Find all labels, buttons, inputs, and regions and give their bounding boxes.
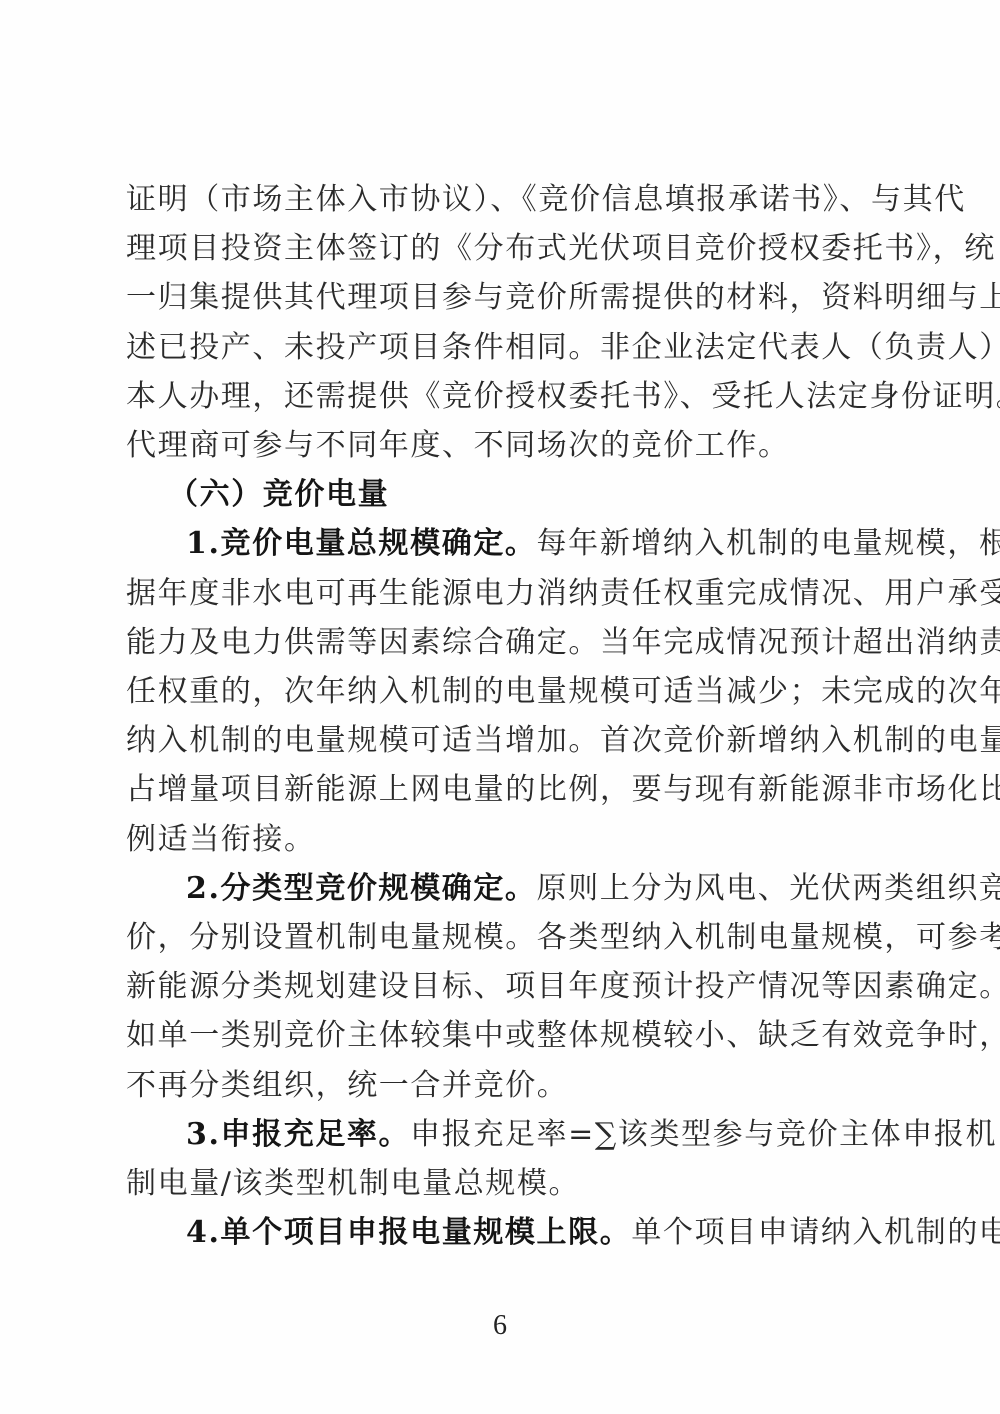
item-lead: 3.申报充足率。 <box>186 1117 410 1152</box>
document-page: 证明（市场主体入市协议）、《竞价信息填报承诺书》、与其代 理项目投资主体签订的《… <box>0 0 1000 1414</box>
page-number: 6 <box>0 1310 1000 1342</box>
text-line: 任权重的，次年纳入机制的电量规模可适当减少；未完成的次年 <box>126 667 868 716</box>
text-line: 证明（市场主体入市协议）、《竞价信息填报承诺书》、与其代 <box>126 175 868 224</box>
text-line: 制电量/该类型机制电量总规模。 <box>126 1159 868 1208</box>
section-heading: （六）竞价电量 <box>126 470 868 519</box>
text-line-first: 3.申报充足率。申报充足率=∑该类型参与竞价主体申报机 <box>126 1110 868 1159</box>
item-text: 每年新增纳入机制的电量规模，根 <box>537 526 1000 561</box>
text-line: 纳入机制的电量规模可适当增加。首次竞价新增纳入机制的电量 <box>126 716 868 765</box>
text-line-first: 2.分类型竞价规模确定。原则上分为风电、光伏两类组织竞 <box>126 864 868 913</box>
item-text: 单个项目申请纳入机制的电 <box>631 1215 1000 1250</box>
text-line: 新能源分类规划建设目标、项目年度预计投产情况等因素确定。 <box>126 962 868 1011</box>
text-line-first: 4.单个项目申报电量规模上限。单个项目申请纳入机制的电 <box>126 1208 868 1257</box>
text-line: 理项目投资主体签订的《分布式光伏项目竞价授权委托书》，统 <box>126 224 868 273</box>
item-lead: 1.竞价电量总规模确定。 <box>186 526 537 561</box>
item-text: 申报充足率=∑该类型参与竞价主体申报机 <box>410 1117 997 1152</box>
text-line: 不再分类组织，统一合并竞价。 <box>126 1061 868 1110</box>
paragraph-item-4: 4.单个项目申报电量规模上限。单个项目申请纳入机制的电 <box>126 1208 868 1257</box>
item-lead: 4.单个项目申报电量规模上限。 <box>186 1215 631 1250</box>
text-line: 能力及电力供需等因素综合确定。当年完成情况预计超出消纳责 <box>126 618 868 667</box>
text-line-first: 1.竞价电量总规模确定。每年新增纳入机制的电量规模，根 <box>126 519 868 568</box>
text-line: 本人办理，还需提供《竞价授权委托书》、受托人法定身份证明。 <box>126 372 868 421</box>
paragraph-item-1: 1.竞价电量总规模确定。每年新增纳入机制的电量规模，根 据年度非水电可再生能源电… <box>126 519 868 863</box>
text-line: 一归集提供其代理项目参与竞价所需提供的材料，资料明细与上 <box>126 273 868 322</box>
item-lead: 2.分类型竞价规模确定。 <box>186 871 537 906</box>
document-body: 证明（市场主体入市协议）、《竞价信息填报承诺书》、与其代 理项目投资主体签订的《… <box>126 175 868 1257</box>
item-text: 原则上分为风电、光伏两类组织竞 <box>537 871 1000 906</box>
text-line: 例适当衔接。 <box>126 815 868 864</box>
paragraph-item-2: 2.分类型竞价规模确定。原则上分为风电、光伏两类组织竞 价，分别设置机制电量规模… <box>126 864 868 1110</box>
paragraph-item-3: 3.申报充足率。申报充足率=∑该类型参与竞价主体申报机 制电量/该类型机制电量总… <box>126 1110 868 1208</box>
text-line: 述已投产、未投产项目条件相同。非企业法定代表人（负责人） <box>126 323 868 372</box>
text-line: 占增量项目新能源上网电量的比例，要与现有新能源非市场化比 <box>126 765 868 814</box>
text-line: 据年度非水电可再生能源电力消纳责任权重完成情况、用户承受 <box>126 569 868 618</box>
text-line: 代理商可参与不同年度、不同场次的竞价工作。 <box>126 421 868 470</box>
text-line: 价，分别设置机制电量规模。各类型纳入机制电量规模，可参考 <box>126 913 868 962</box>
paragraph-agent-materials: 证明（市场主体入市协议）、《竞价信息填报承诺书》、与其代 理项目投资主体签订的《… <box>126 175 868 470</box>
text-line: 如单一类别竞价主体较集中或整体规模较小、缺乏有效竞争时， <box>126 1011 868 1060</box>
